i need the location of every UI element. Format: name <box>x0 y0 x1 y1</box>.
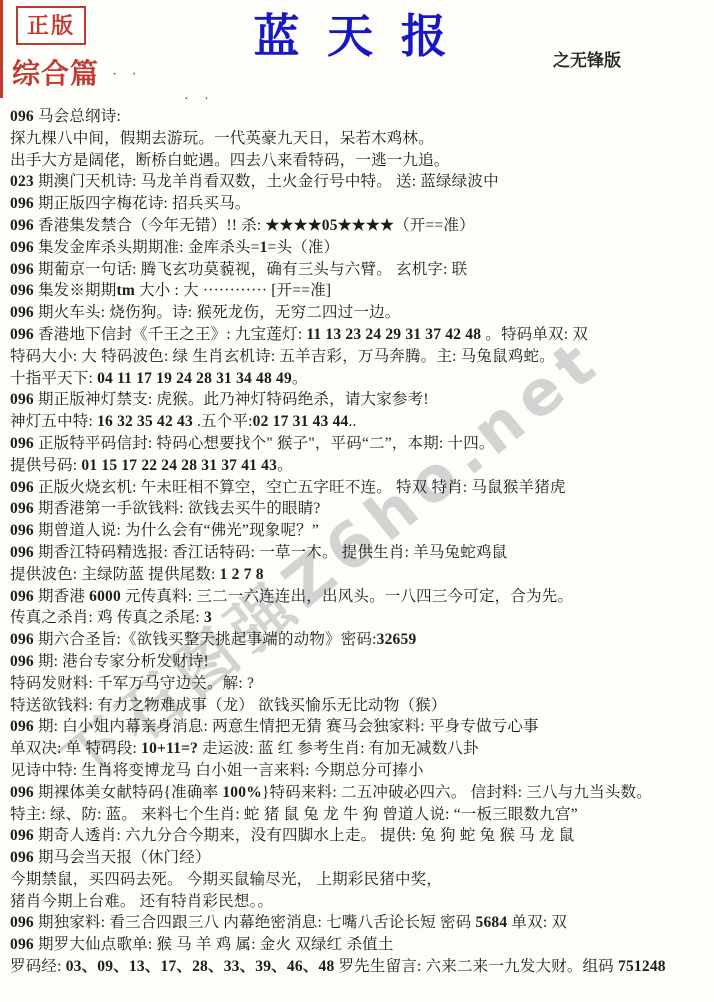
text-line: 见诗中特: 生肖将变博龙马 白小姐一言来料: 今期总分可捧小 <box>10 760 710 782</box>
text-line: 特主: 绿、防: 蓝。 来料七个生肖: 蛇 猪 鼠 兔 龙 牛 狗 曾道人说: … <box>10 804 710 826</box>
body-lines: 096 马会总纲诗:探九棵八中间，假期去游玩。一代英豪九天日，呆若木鸡林。出手大… <box>10 106 710 978</box>
text-line: 096 期曾道人说: 为什么会有“佛光”现象呢？” <box>10 520 710 542</box>
text-line: 单双决: 单 特码段: 10+11=? 走运波: 蓝 红 参考生肖: 有加无减数… <box>10 738 710 760</box>
text-line: 提供波色: 主绿防蓝 提供尾数: 1 2 7 8 <box>10 564 710 586</box>
text-line: 096 期六合圣旨:《欲钱买整天挑起事端的动物》密码:32659 <box>10 629 710 651</box>
text-line: 096 期独家料: 看三合四跟三八 内幕绝密消息: 七嘴八舌论长短 密码 568… <box>10 912 710 934</box>
text-line: 今期禁鼠，买四码去死。 今期买鼠输尽光， 上期彩民猪中奖， <box>10 869 710 891</box>
text-line: 023 期澳门天机诗: 马龙羊肖看双数，土火金行号中特。 送: 蓝绿绿波中 <box>10 171 710 193</box>
text-line: 096 正版特平码信封: 特码心想要找个" 猴子"，平码“二”，本期: 十四。 <box>10 433 710 455</box>
text-line: 096 期香港 6000 元传真料: 三二一六连连出，出风头。一八四三今可定，合… <box>10 586 710 608</box>
section-heading-dots: · · <box>112 66 142 84</box>
text-line: 096 期: 白小姐内幕亲身消息: 两意生情把无猜 赛马会独家料: 平身专做亏心… <box>10 716 710 738</box>
edition-label: 之无锋版 <box>553 46 621 71</box>
text-line: 096 期正版四字梅花诗: 招兵买马。 <box>10 193 710 215</box>
text-line: 096 期马会当天报（休门经） <box>10 847 710 869</box>
text-line: 096 期正版神灯禁支: 虎猴。此乃神灯特码绝杀，请大家参考! <box>10 389 710 411</box>
text-line: 096 集发金库杀头期期准: 金库杀头=1=头（准） <box>10 237 710 259</box>
text-line: 十指平天下: 04 11 17 19 24 28 31 34 48 49。 <box>10 368 710 390</box>
page-title: 蓝天报 <box>240 0 475 66</box>
text-line: 096 期裸体美女献特码{准确率 100%}特码来料: 二五冲破必四六。 信封料… <box>10 782 710 804</box>
text-line: 出手大方是阔佬，断桥白蛇遇。四去八来看特码，一逃一九追。 <box>10 150 710 172</box>
text-line: 096 期火车头: 烧伤狗。诗: 猴死龙伤，无穷二四过一边。 <box>10 302 710 324</box>
text-line: 096 正版火烧玄机: 午未旺相不算空，空亡五字旺不连。 特双 特肖: 马鼠猴羊… <box>10 477 710 499</box>
text-line: 传真之杀肖: 鸡 传真之杀尾: 3 <box>10 607 710 629</box>
left-margin-red-rule <box>0 0 3 98</box>
text-line: 神灯五中特: 16 32 35 42 43 .五个平:02 17 31 43 4… <box>10 411 710 433</box>
text-line: 096 集发※期期tm 大小 : 大 ············ [开==准] <box>10 280 710 302</box>
text-line: 探九棵八中间，假期去游玩。一代英豪九天日，呆若木鸡林。 <box>10 128 710 150</box>
text-line: 096 香港集发禁合（今年无错）!! 杀: ★★★★05★★★★（开==准） <box>10 215 710 237</box>
lottery-tip-sheet-page: 正版 蓝天报 之无锋版 综合篇 · · · · 下石图强Z6ho.net 096… <box>0 0 714 1002</box>
text-line: 特码发财料: 千军万马守边关。解: ? <box>10 673 710 695</box>
text-line: 提供号码: 01 15 17 22 24 28 31 37 41 43。 <box>10 455 710 477</box>
text-line: 096 马会总纲诗: <box>10 106 710 128</box>
text-line: 猪肖今期上台难。 还有特肖彩民想。。 <box>10 891 710 913</box>
text-line: 096 期罗大仙点歌单: 猴 马 羊 鸡 属: 金火 双绿红 杀值土 <box>10 934 710 956</box>
authentic-badge: 正版 <box>16 6 86 45</box>
section-heading: 综合篇 <box>12 52 99 92</box>
text-line: 096 期香港第一手欲钱料: 欲钱去买牛的眼睛? <box>10 498 710 520</box>
text-line: 罗码经: 03、09、13、17、28、33、39、46、48 罗先生留言: 六… <box>10 956 710 978</box>
text-line: 096 期奇人透肖: 六九分合今期来，没有四脚水上走。 提供: 兔 狗 蛇 兔 … <box>10 825 710 847</box>
text-line: 096 期: 港台专家分析发财诗! <box>10 651 710 673</box>
text-line: 096 香港地下信封《千王之王》: 九宝莲灯: 11 13 23 24 29 3… <box>10 324 710 346</box>
text-line: 096 期葡京一句话: 腾飞玄功莫藐视，确有三头与六臂。 玄机字: 联 <box>10 259 710 281</box>
text-line: 特送欲钱料: 有力之物难成事（龙） 欲钱买愉乐无比动物（猴） <box>10 695 710 717</box>
text-line: 096 期香江特码精选报: 香江话特码: 一草一木。 提供生肖: 羊马兔蛇鸡鼠 <box>10 542 710 564</box>
text-line: 特码大小: 大 特码波色: 绿 生肖玄机诗: 五羊吉彩，万马奔腾。主: 马兔鼠鸡… <box>10 346 710 368</box>
